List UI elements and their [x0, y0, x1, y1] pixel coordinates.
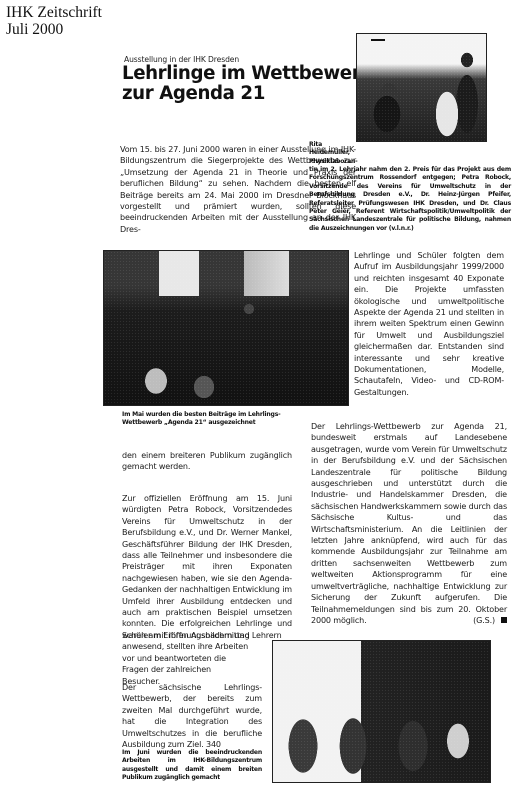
photo1-caption: tin im 2. Lehrjahr nahm den 2. Preis für… [309, 166, 511, 233]
photo-grain [273, 641, 490, 782]
photo1-caption-start: Rita Heidemüller, Physiklaboran- [309, 141, 357, 166]
article-headline: Lehrlinge im Wettbewerb zur Agenda 21 [122, 64, 373, 104]
end-square-icon [501, 617, 507, 623]
paragraph-integration: Der sächsische Lehrlings-Wettbewerb, der… [122, 682, 262, 750]
photo-grain [104, 251, 348, 405]
masthead: IHK Zeitschrift Juli 2000 [6, 4, 102, 38]
author-signature: (G.S.) [473, 615, 507, 626]
publication-name: IHK Zeitschrift [6, 4, 102, 21]
intro-continuation: den einem breiteren Publikum zugänglich … [122, 450, 292, 473]
photo2-caption: Im Mai wurden die besten Beiträge im Leh… [122, 411, 292, 428]
headline-line-2: zur Agenda 21 [122, 84, 373, 104]
audience-hall-photo [103, 250, 349, 406]
paragraph-organisation: Der Lehrlings-Wettbewerb zur Agenda 21, … [311, 421, 507, 626]
headline-line-1: Lehrlinge im Wettbewerb [122, 64, 373, 84]
paragraph-participants: Lehrlinge und Schüler folgten dem Aufruf… [354, 250, 504, 398]
author-initials: (G.S.) [473, 616, 495, 625]
paragraph-organisation-text: Der Lehrlings-Wettbewerb zur Agenda 21, … [311, 422, 507, 625]
photo3-caption: Im Juni wurden die beeindruckenden Arbei… [122, 749, 262, 783]
photo-grain [357, 34, 486, 141]
award-ceremony-photo [356, 33, 487, 142]
issue-date: Juli 2000 [6, 21, 102, 38]
paragraph-opening-tail: waren am Eröffnungsnachmittag anwesend, … [122, 630, 250, 687]
photo-artifact [371, 39, 385, 41]
paragraph-opening: Zur offiziellen Eröffnung am 15. Juni wü… [122, 493, 292, 641]
exhibition-visitors-photo [272, 640, 491, 783]
